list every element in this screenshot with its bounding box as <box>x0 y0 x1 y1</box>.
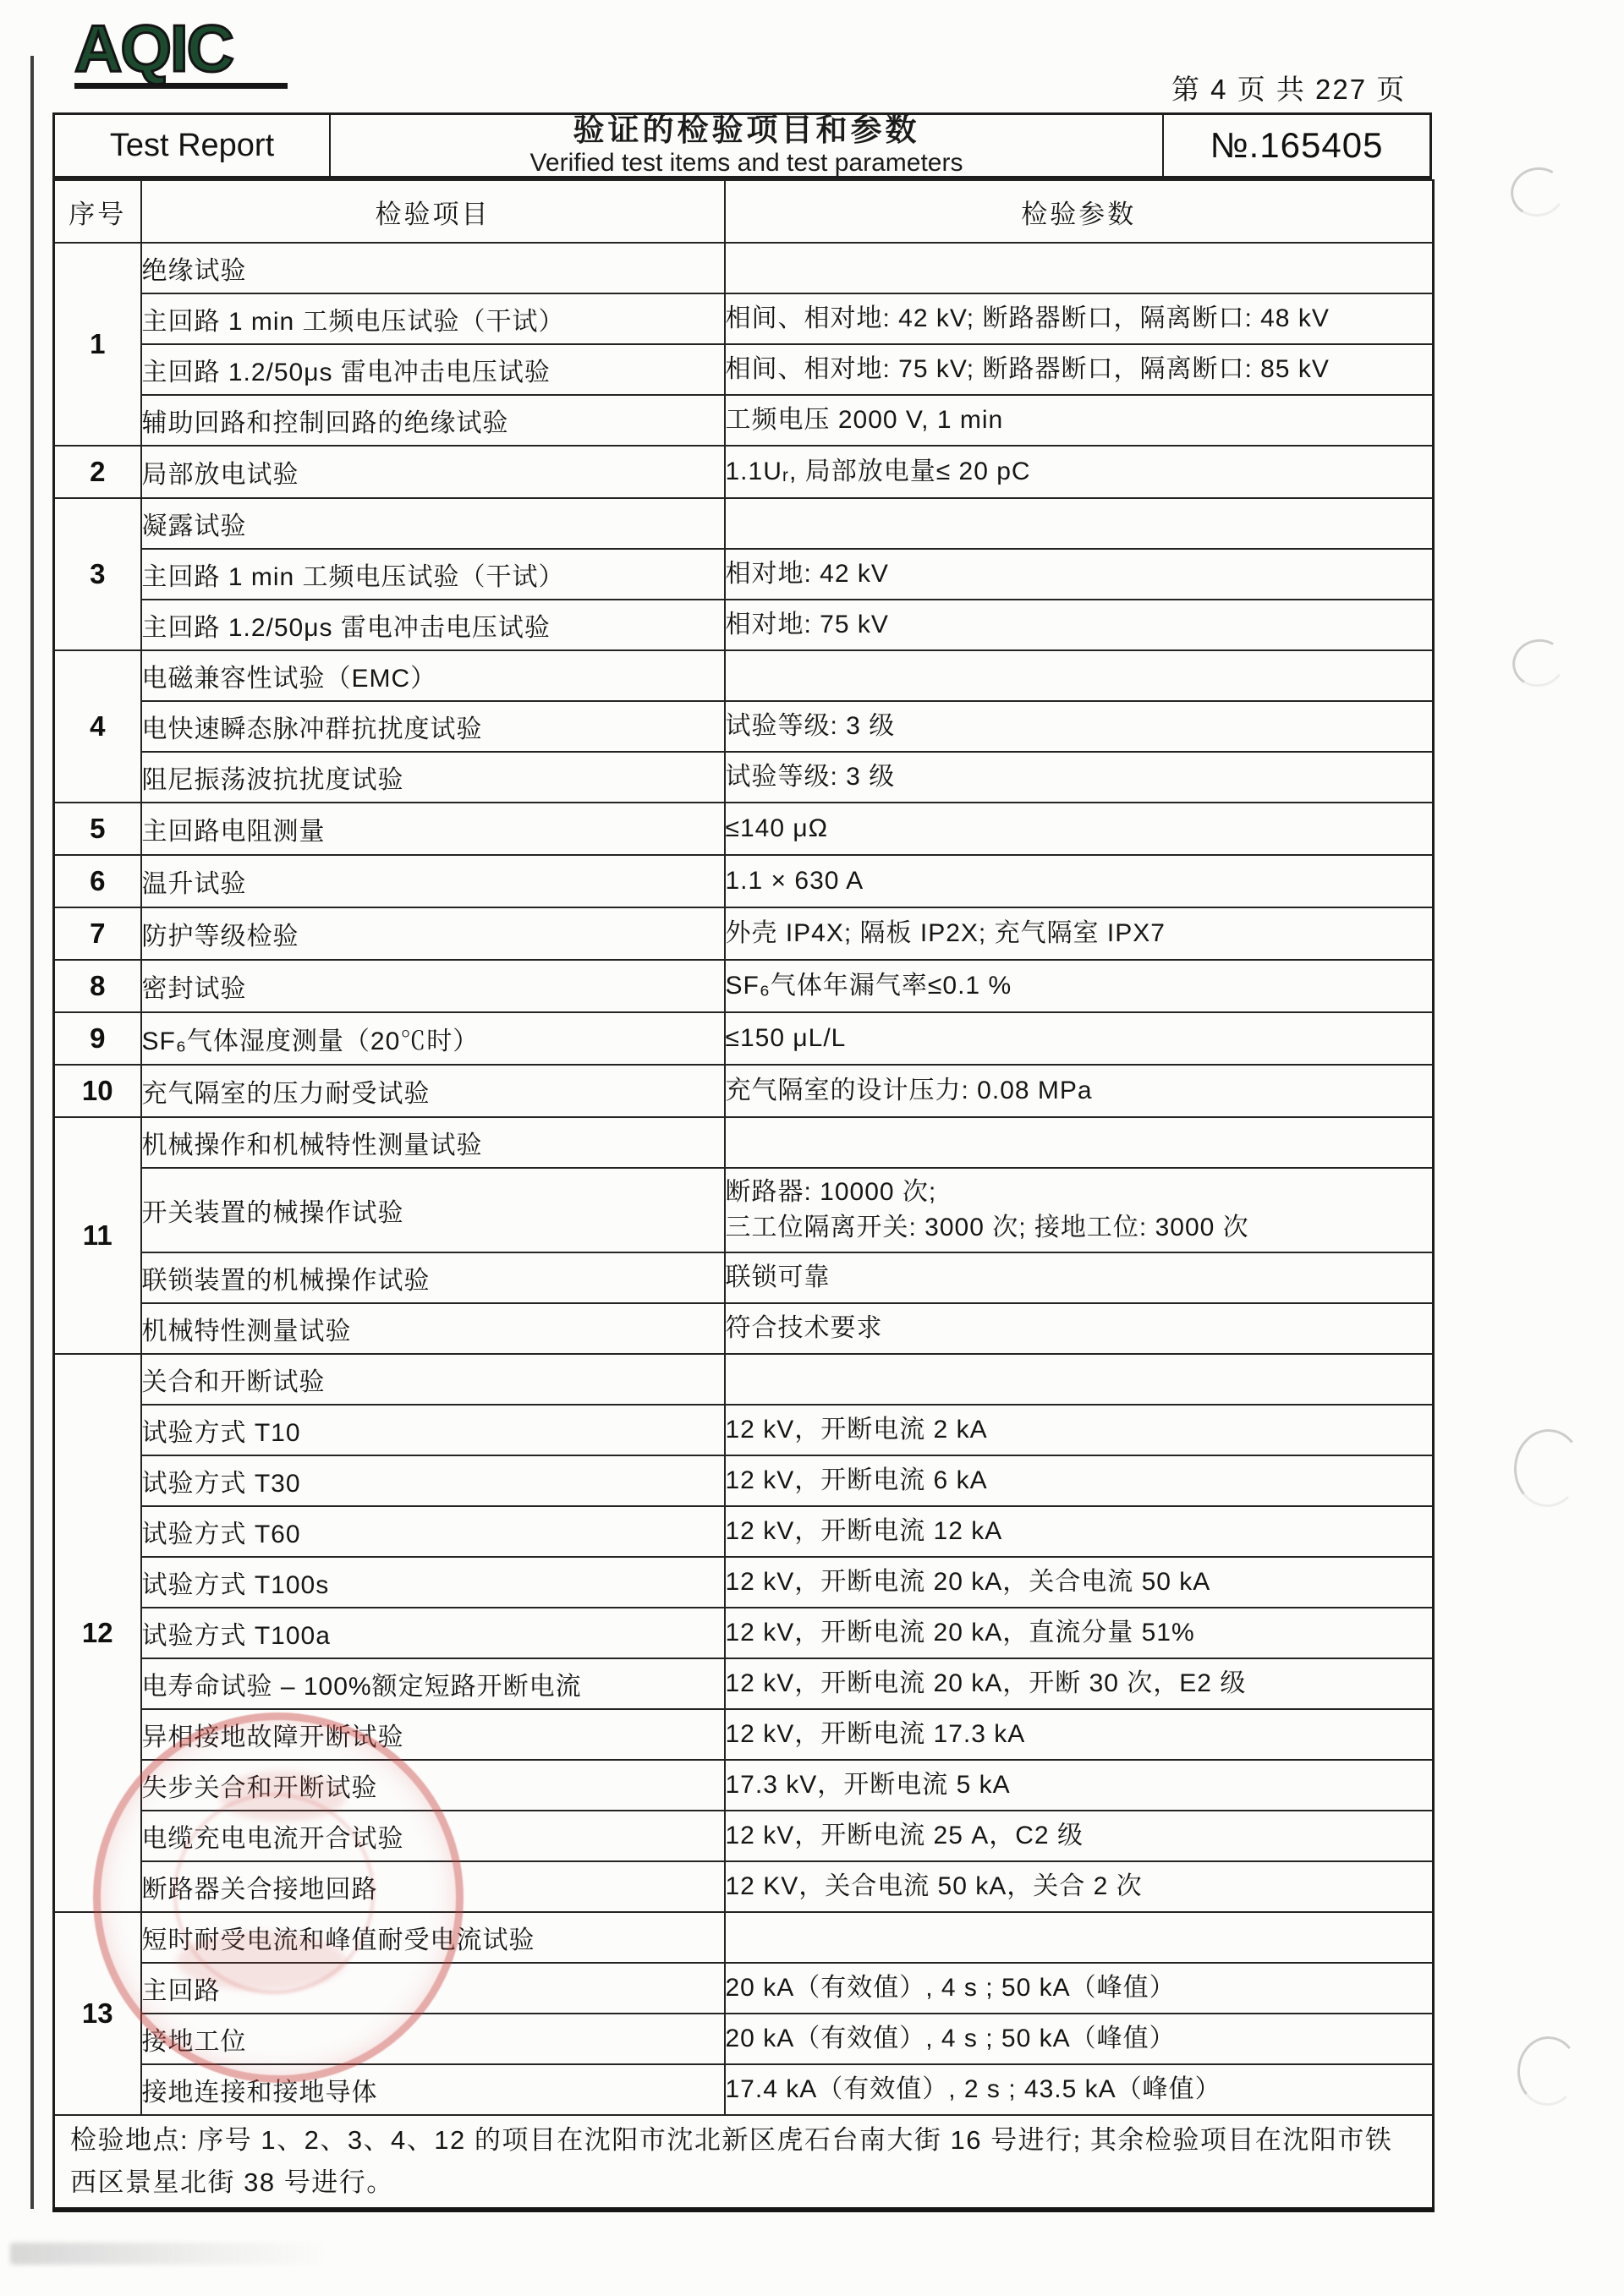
test-param-cell: 12 kV，开断电流 20 kA，直流分量 51% <box>725 1608 1434 1658</box>
table-row-main: 2局部放电试验1.1Uᵣ, 局部放电量≤ 20 pC <box>54 446 1434 498</box>
table-row-main: 12关合和开断试验 <box>54 1354 1434 1405</box>
row-number-cell: 2 <box>54 446 141 498</box>
test-item-cell: 主回路 <box>141 1963 725 2014</box>
table-row-main: 11机械操作和机械特性测量试验 <box>54 1117 1434 1168</box>
table-row-sub: 试验方式 T3012 kV，开断电流 6 kA <box>54 1455 1434 1506</box>
table-row-sub: 阻尼振荡波抗扰度试验试验等级: 3 级 <box>54 752 1434 803</box>
table-row-sub: 失步关合和开断试验17.3 kV，开断电流 5 kA <box>54 1760 1434 1811</box>
row-number: 7 <box>55 908 140 959</box>
test-param-cell: 试验等级: 3 级 <box>725 701 1434 752</box>
test-item-cell: 试验方式 T30 <box>141 1455 725 1506</box>
test-item-cell: 主回路 1.2/50μs 雷电冲击电压试验 <box>141 344 725 395</box>
table-row-main: 5主回路电阻测量≤140 μΩ <box>54 803 1434 855</box>
test-item-cell: 电缆充电电流开合试验 <box>141 1811 725 1861</box>
table-row-sub: 异相接地故障开断试验12 kV，开断电流 17.3 kA <box>54 1709 1434 1760</box>
table-row-sub: 主回路20 kA（有效值）, 4 s ; 50 kA（峰值） <box>54 1963 1434 2014</box>
row-number-cell: 6 <box>54 855 141 907</box>
test-param-cell: 1.1 × 630 A <box>725 855 1434 907</box>
test-item-cell: 局部放电试验 <box>141 446 725 498</box>
table-row-sub: 电缆充电电流开合试验12 kV，开断电流 25 A，C2 级 <box>54 1811 1434 1861</box>
table-row-sub: 辅助回路和控制回路的绝缘试验工频电压 2000 V, 1 min <box>54 395 1434 446</box>
header-title: 验证的检验项目和参数 Verified test items and test … <box>331 115 1164 176</box>
test-param-cell <box>725 1354 1434 1405</box>
table-row-main: 3凝露试验 <box>54 498 1434 549</box>
test-param-cell: 相对地: 75 kV <box>725 600 1434 650</box>
test-param-cell: 相间、相对地: 75 kV; 断路器断口，隔离断口: 85 kV <box>725 344 1434 395</box>
test-param-cell: 12 kV，开断电流 20 kA，开断 30 次，E2 级 <box>725 1658 1434 1709</box>
test-item-cell: 主回路 1 min 工频电压试验（干试） <box>141 293 725 344</box>
test-param-cell: 17.3 kV，开断电流 5 kA <box>725 1760 1434 1811</box>
test-item-cell: 异相接地故障开断试验 <box>141 1709 725 1760</box>
table-row-main: 13短时耐受电流和峰值耐受电流试验 <box>54 1912 1434 1963</box>
table-row-main: 10充气隔室的压力耐受试验充气隔室的设计压力: 0.08 MPa <box>54 1065 1434 1117</box>
test-param-cell: 12 kV，开断电流 25 A，C2 级 <box>725 1811 1434 1861</box>
row-number: 11 <box>55 1210 140 1261</box>
test-param-cell: ≤150 μL/L <box>725 1012 1434 1065</box>
binder-hole-3 <box>1512 1427 1584 1509</box>
test-param-cell <box>725 650 1434 701</box>
test-param-cell <box>725 1117 1434 1168</box>
table-row-sub: 电快速瞬态脉冲群抗扰度试验试验等级: 3 级 <box>54 701 1434 752</box>
table-row-main: 1绝缘试验 <box>54 243 1434 293</box>
test-item-cell: 接地连接和接地导体 <box>141 2064 725 2115</box>
header-title-zh: 验证的检验项目和参数 <box>573 114 920 147</box>
row-number-cell: 9 <box>54 1012 141 1065</box>
test-item-cell: 试验方式 T60 <box>141 1506 725 1557</box>
test-param-cell: 12 kV，开断电流 20 kA，关合电流 50 kA <box>725 1557 1434 1608</box>
logo-text: AQIC <box>74 15 294 81</box>
table-row-main: 8密封试验SF₆气体年漏气率≤0.1 % <box>54 960 1434 1012</box>
test-item-cell: 凝露试验 <box>141 498 725 549</box>
row-number: 10 <box>55 1066 140 1116</box>
test-param-cell: 20 kA（有效值）, 4 s ; 50 kA（峰值） <box>725 2014 1434 2064</box>
row-number-cell: 10 <box>54 1065 141 1117</box>
test-item-cell: 主回路电阻测量 <box>141 803 725 855</box>
row-number-cell: 5 <box>54 803 141 855</box>
test-param-cell: 外壳 IP4X; 隔板 IP2X; 充气隔室 IPX7 <box>725 907 1434 960</box>
test-param-cell <box>725 243 1434 293</box>
test-param-cell: 12 kV，开断电流 6 kA <box>725 1455 1434 1506</box>
binder-hole-1 <box>1506 162 1570 222</box>
test-param-cell: 1.1Uᵣ, 局部放电量≤ 20 pC <box>725 446 1434 498</box>
table-row-sub: 试验方式 T100a12 kV，开断电流 20 kA，直流分量 51% <box>54 1608 1434 1658</box>
test-item-cell: 短时耐受电流和峰值耐受电流试验 <box>141 1912 725 1963</box>
column-header-row: 序号 检验项目 检验参数 <box>54 180 1434 243</box>
row-number-cell: 13 <box>54 1912 141 2115</box>
table-header-band: Test Report 验证的检验项目和参数 Verified test ite… <box>52 112 1432 179</box>
test-param-cell: 12 KV，关合电流 50 kA，关合 2 次 <box>725 1861 1434 1912</box>
table-row-sub: 主回路 1 min 工频电压试验（干试）相对地: 42 kV <box>54 549 1434 600</box>
test-param-cell: 相对地: 42 kV <box>725 549 1434 600</box>
test-param-cell: 12 kV，开断电流 17.3 kA <box>725 1709 1434 1760</box>
test-param-cell: 充气隔室的设计压力: 0.08 MPa <box>725 1065 1434 1117</box>
row-number-cell: 4 <box>54 650 141 803</box>
table-row-sub: 主回路 1.2/50μs 雷电冲击电压试验相间、相对地: 75 kV; 断路器断… <box>54 344 1434 395</box>
table-row-sub: 试验方式 T100s12 kV，开断电流 20 kA，关合电流 50 kA <box>54 1557 1434 1608</box>
table-row-main: 6温升试验1.1 × 630 A <box>54 855 1434 907</box>
test-item-cell: 主回路 1.2/50μs 雷电冲击电压试验 <box>141 600 725 650</box>
col-header-item: 检验项目 <box>141 180 725 243</box>
row-number: 1 <box>55 319 140 370</box>
table-row-main: 4电磁兼容性试验（EMC） <box>54 650 1434 701</box>
col-header-no: 序号 <box>54 180 141 243</box>
row-number: 12 <box>55 1608 140 1658</box>
table-row-sub: 接地连接和接地导体17.4 kA（有效值）, 2 s ; 43.5 kA（峰值） <box>54 2064 1434 2115</box>
table-row-sub: 联锁装置的机械操作试验联锁可靠 <box>54 1252 1434 1303</box>
test-item-cell: 辅助回路和控制回路的绝缘试验 <box>141 395 725 446</box>
test-location-note: 检验地点: 序号 1、2、3、4、12 的项目在沈阳市沈北新区虎石台南大街 16… <box>54 2115 1434 2210</box>
row-number-cell: 3 <box>54 498 141 650</box>
test-param-cell: 17.4 kA（有效值）, 2 s ; 43.5 kA（峰值） <box>725 2064 1434 2115</box>
table-row-main: 7防护等级检验外壳 IP4X; 隔板 IP2X; 充气隔室 IPX7 <box>54 907 1434 960</box>
table-row-main: 9SF₆气体湿度测量（20℃时）≤150 μL/L <box>54 1012 1434 1065</box>
table-row-sub: 开关装置的械操作试验断路器: 10000 次; 三工位隔离开关: 3000 次;… <box>54 1168 1434 1252</box>
test-item-cell: 联锁装置的机械操作试验 <box>141 1252 725 1303</box>
test-item-cell: 机械特性测量试验 <box>141 1303 725 1354</box>
report-number: №.165405 <box>1164 115 1429 176</box>
test-param-cell: 断路器: 10000 次; 三工位隔离开关: 3000 次; 接地工位: 300… <box>725 1168 1434 1252</box>
scan-edge-line <box>30 56 34 2209</box>
test-item-cell: 开关装置的械操作试验 <box>141 1168 725 1252</box>
row-number: 6 <box>55 856 140 907</box>
test-param-cell: 12 kV，开断电流 12 kA <box>725 1506 1434 1557</box>
row-number: 13 <box>55 1988 140 2039</box>
row-number: 8 <box>55 961 140 1011</box>
row-number-cell: 8 <box>54 960 141 1012</box>
test-param-cell: 工频电压 2000 V, 1 min <box>725 395 1434 446</box>
binder-hole-4 <box>1515 2035 1581 2108</box>
test-param-cell <box>725 1912 1434 1963</box>
table-row-sub: 主回路 1 min 工频电压试验（干试）相间、相对地: 42 kV; 断路器断口… <box>54 293 1434 344</box>
row-number: 5 <box>55 803 140 854</box>
test-item-cell: 电寿命试验 – 100%额定短路开断电流 <box>141 1658 725 1709</box>
test-item-cell: 绝缘试验 <box>141 243 725 293</box>
header-test-report: Test Report <box>55 115 331 176</box>
test-item-cell: 电磁兼容性试验（EMC） <box>141 650 725 701</box>
row-number: 9 <box>55 1013 140 1064</box>
report-table: Test Report 验证的检验项目和参数 Verified test ite… <box>52 112 1432 2212</box>
row-number: 3 <box>55 549 140 600</box>
test-item-cell: 电快速瞬态脉冲群抗扰度试验 <box>141 701 725 752</box>
table-row-sub: 试验方式 T6012 kV，开断电流 12 kA <box>54 1506 1434 1557</box>
table-row-sub: 试验方式 T1012 kV，开断电流 2 kA <box>54 1405 1434 1455</box>
row-number-cell: 1 <box>54 243 141 446</box>
test-param-cell: SF₆气体年漏气率≤0.1 % <box>725 960 1434 1012</box>
binder-hole-2 <box>1508 634 1569 692</box>
test-param-cell <box>725 498 1434 549</box>
table-footer-row: 检验地点: 序号 1、2、3、4、12 的项目在沈阳市沈北新区虎石台南大街 16… <box>54 2115 1434 2210</box>
row-number: 4 <box>55 701 140 752</box>
items-table: 序号 检验项目 检验参数 1绝缘试验主回路 1 min 工频电压试验（干试）相间… <box>52 179 1435 2212</box>
table-row-sub: 接地工位20 kA（有效值）, 4 s ; 50 kA（峰值） <box>54 2014 1434 2064</box>
test-item-cell: 主回路 1 min 工频电压试验（干试） <box>141 549 725 600</box>
row-number-cell: 11 <box>54 1117 141 1354</box>
test-param-cell: 联锁可靠 <box>725 1252 1434 1303</box>
test-param-cell: 试验等级: 3 级 <box>725 752 1434 803</box>
table-row-sub: 断路器关合接地回路12 KV，关合电流 50 kA，关合 2 次 <box>54 1861 1434 1912</box>
test-item-cell: 机械操作和机械特性测量试验 <box>141 1117 725 1168</box>
col-header-param: 检验参数 <box>725 180 1434 243</box>
logo: AQIC <box>74 15 294 89</box>
test-param-cell: 符合技术要求 <box>725 1303 1434 1354</box>
test-item-cell: 关合和开断试验 <box>141 1354 725 1405</box>
test-item-cell: 失步关合和开断试验 <box>141 1760 725 1811</box>
test-item-cell: 阻尼振荡波抗扰度试验 <box>141 752 725 803</box>
table-row-sub: 主回路 1.2/50μs 雷电冲击电压试验相对地: 75 kV <box>54 600 1434 650</box>
row-number-cell: 7 <box>54 907 141 960</box>
test-item-cell: 接地工位 <box>141 2014 725 2064</box>
table-row-sub: 机械特性测量试验符合技术要求 <box>54 1303 1434 1354</box>
test-item-cell: 防护等级检验 <box>141 907 725 960</box>
test-item-cell: 试验方式 T10 <box>141 1405 725 1455</box>
test-item-cell: 温升试验 <box>141 855 725 907</box>
header-title-en: Verified test items and test parameters <box>530 149 963 177</box>
test-item-cell: 充气隔室的压力耐受试验 <box>141 1065 725 1117</box>
test-item-cell: 断路器关合接地回路 <box>141 1861 725 1912</box>
row-number-cell: 12 <box>54 1354 141 1912</box>
test-param-cell: ≤140 μΩ <box>725 803 1434 855</box>
table-row-sub: 电寿命试验 – 100%额定短路开断电流12 kV，开断电流 20 kA，开断 … <box>54 1658 1434 1709</box>
row-number: 2 <box>55 447 140 497</box>
test-item-cell: 试验方式 T100s <box>141 1557 725 1608</box>
test-item-cell: SF₆气体湿度测量（20℃时） <box>141 1012 725 1065</box>
scan-smudge <box>10 2243 332 2265</box>
test-item-cell: 密封试验 <box>141 960 725 1012</box>
test-item-cell: 试验方式 T100a <box>141 1608 725 1658</box>
test-param-cell: 20 kA（有效值）, 4 s ; 50 kA（峰值） <box>725 1963 1434 2014</box>
test-param-cell: 相间、相对地: 42 kV; 断路器断口，隔离断口: 48 kV <box>725 293 1434 344</box>
page-number: 第 4 页 共 227 页 <box>1171 68 1442 107</box>
test-param-cell: 12 kV，开断电流 2 kA <box>725 1405 1434 1455</box>
